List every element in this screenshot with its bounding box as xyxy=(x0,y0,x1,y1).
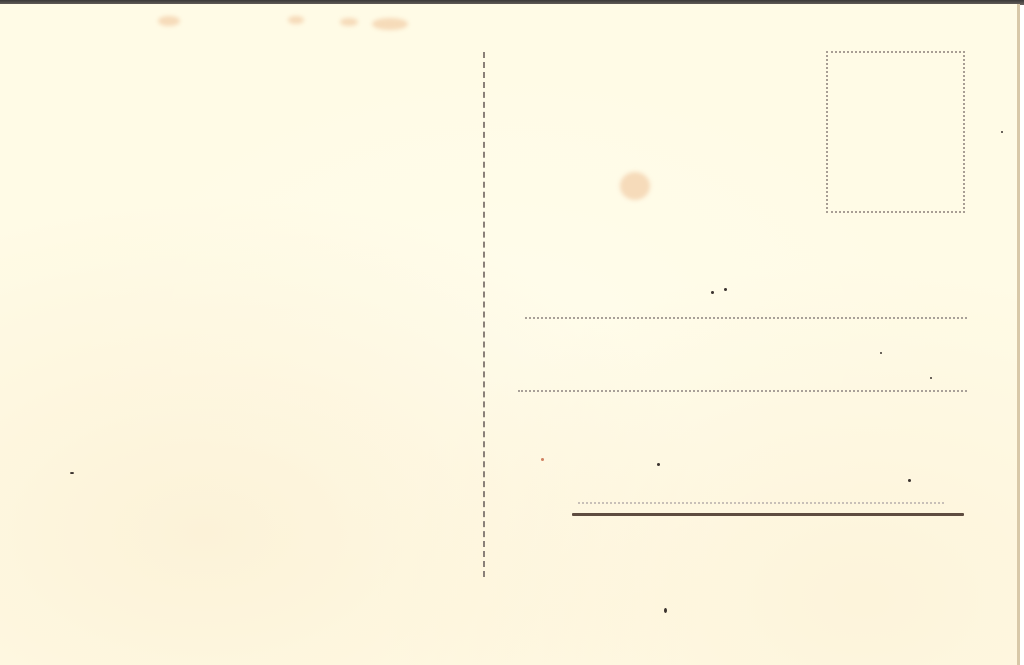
dotted-address-line-3 xyxy=(578,502,944,504)
speck xyxy=(657,463,660,466)
speck xyxy=(724,288,727,291)
speck xyxy=(908,479,911,482)
stain xyxy=(288,16,304,24)
speck xyxy=(1001,131,1003,133)
speck xyxy=(70,472,74,474)
speck xyxy=(541,458,544,461)
stain xyxy=(158,16,180,26)
speck xyxy=(664,608,667,613)
stain xyxy=(340,18,358,26)
solid-underline xyxy=(572,513,964,516)
speck xyxy=(930,377,932,379)
vertical-dashed-divider xyxy=(483,52,485,577)
stain xyxy=(372,18,408,30)
stain xyxy=(620,172,650,200)
speck xyxy=(880,352,882,354)
dotted-address-line-2 xyxy=(518,390,967,392)
dotted-address-line-1 xyxy=(525,317,967,319)
dotted-stamp-box xyxy=(826,51,965,213)
speck xyxy=(711,291,714,294)
